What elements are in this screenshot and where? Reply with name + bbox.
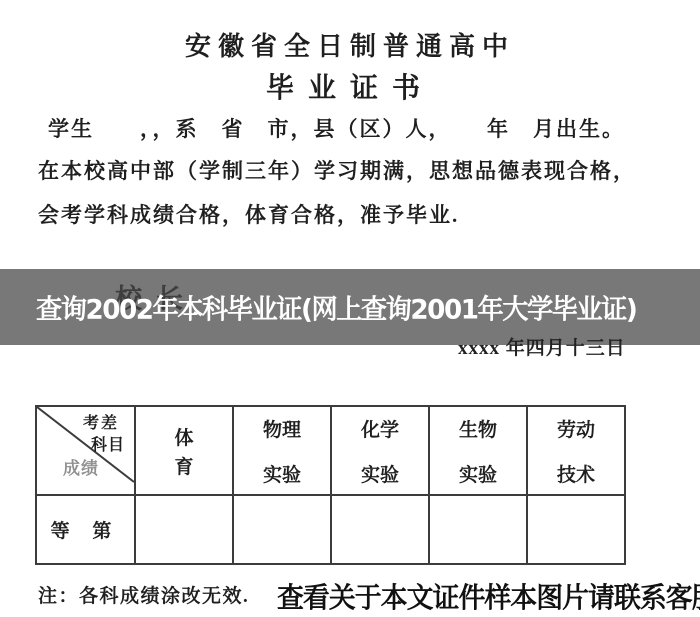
- certificate-subtitle: 毕业证书: [0, 66, 700, 106]
- score-cell-empty: [429, 495, 527, 564]
- score-table-corner-cell: 考差 科目 成绩: [36, 406, 135, 495]
- column-header-pe: 体 育: [135, 406, 233, 495]
- column-header-line: 实验: [234, 460, 330, 487]
- certificate-body-line-3: 会考学科成绩合格，体育合格，准予毕业.: [38, 199, 459, 229]
- column-header-line: 实验: [430, 460, 526, 487]
- column-header-line: 育: [136, 452, 232, 479]
- score-cell-empty: [527, 495, 625, 564]
- column-header-line: 体: [136, 423, 232, 450]
- corner-label-bottom: 成绩: [63, 454, 99, 479]
- column-header-line: 技术: [528, 460, 624, 487]
- column-header-labor: 劳动 技术: [527, 406, 625, 495]
- corner-label-top: 考差: [83, 410, 119, 433]
- corner-label-mid: 科目: [91, 432, 125, 455]
- certificate-date: xxxx 年四月十三日: [458, 333, 626, 360]
- column-header-line: 实验: [332, 460, 428, 487]
- score-table-header-row: 考差 科目 成绩 体 育 物理 实验 化学 实验 生物 实验 劳动: [36, 406, 625, 495]
- diploma-document: 安徽省全日制普通高中 毕业证书 学生 ，，系 省 市，县（区）人， 年 月出生。…: [0, 0, 700, 617]
- score-table: 考差 科目 成绩 体 育 物理 实验 化学 实验 生物 实验 劳动: [35, 405, 626, 565]
- score-cell-empty: [233, 495, 331, 564]
- promo-banner-text: 查询2002年本科毕业证(网上查询2001年大学毕业证): [36, 288, 636, 327]
- column-header-line: 物理: [234, 415, 330, 442]
- grade-row-label: 等 第: [36, 495, 135, 564]
- certificate-body-line-2: 在本校高中部（学制三年）学习期满，思想品德表现合格，: [38, 155, 636, 185]
- certificate-title: 安徽省全日制普通高中: [0, 26, 700, 63]
- score-cell-empty: [331, 495, 429, 564]
- certificate-body-line-1: 学生 ，，系 省 市，县（区）人， 年 月出生。: [48, 113, 625, 143]
- certificate-note: 注：各科成绩涂改无效.: [38, 581, 249, 608]
- promo-footer-text: 查看关于本文证件样本图片请联系客服: [277, 576, 700, 616]
- column-header-biology: 生物 实验: [429, 406, 527, 495]
- column-header-line: 生物: [430, 415, 526, 442]
- column-header-physics: 物理 实验: [233, 406, 331, 495]
- column-header-chemistry: 化学 实验: [331, 406, 429, 495]
- column-header-line: 化学: [332, 415, 428, 442]
- score-table-grade-row: 等 第: [36, 495, 625, 564]
- score-cell-empty: [135, 495, 233, 564]
- column-header-line: 劳动: [528, 415, 624, 442]
